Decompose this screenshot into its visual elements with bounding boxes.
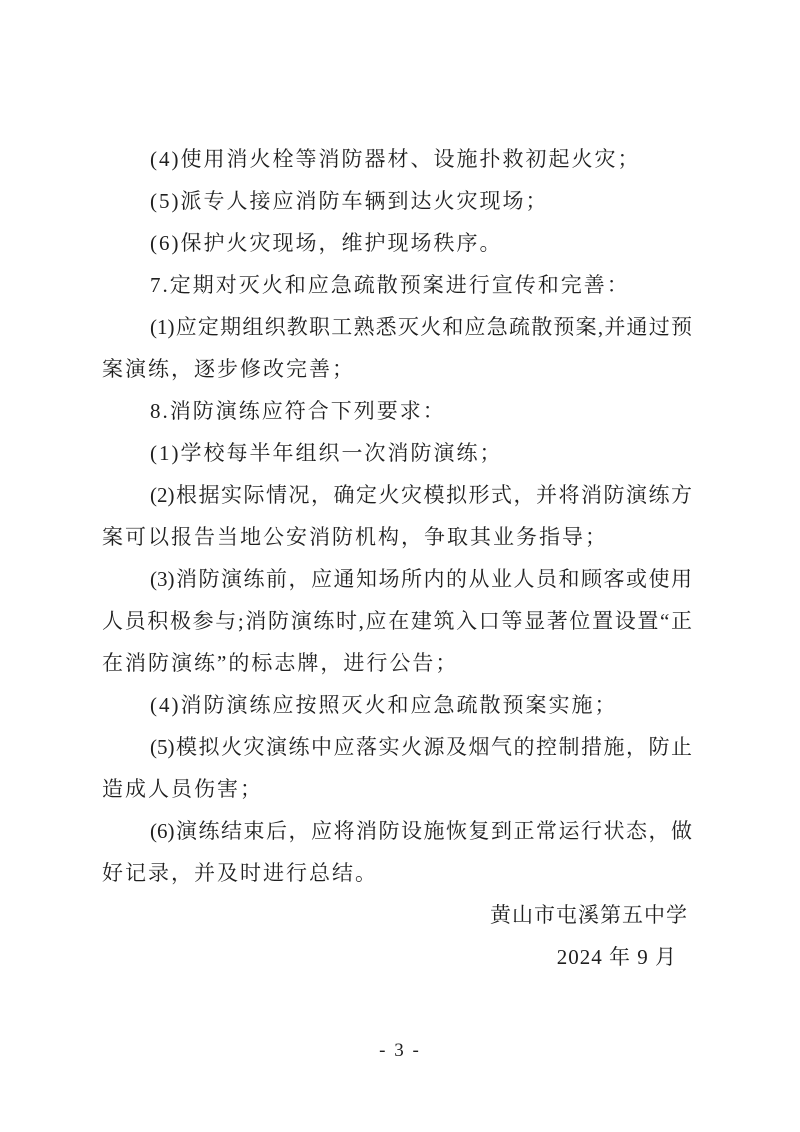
paragraph: (4)使用消火栓等消防器材、设施扑救初起火灾； [102,138,692,180]
paragraph: (3)消防演练前，应通知场所内的从业人员和顾客或使用 人员积极参与;消防演练时,… [102,558,692,684]
text-line: 8.消防演练应符合下列要求： [102,390,692,432]
text-line: 案可以报告当地公安消防机构，争取其业务指导； [102,516,692,558]
paragraph: (6)保护火灾现场，维护现场秩序。 [102,222,692,264]
paragraph: (5)派专人接应消防车辆到达火灾现场； [102,180,692,222]
paragraph: (2)根据实际情况，确定火灾模拟形式，并将消防演练方 案可以报告当地公安消防机构… [102,474,692,558]
text-line: 案演练，逐步修改完善； [102,348,692,390]
text-line: 好记录，并及时进行总结。 [102,852,692,894]
text-line: (1)学校每半年组织一次消防演练； [102,432,692,474]
text-line: (5)派专人接应消防车辆到达火灾现场； [102,180,692,222]
text-line: 7.定期对灭火和应急疏散预案进行宣传和完善： [102,264,692,306]
signature-date: 2024 年 9 月 [102,936,692,978]
text-line: 人员积极参与;消防演练时,应在建筑入口等显著位置设置“正 [102,600,692,642]
text-line: (2)根据实际情况，确定火灾模拟形式，并将消防演练方 [102,474,692,516]
text-line: 造成人员伤害； [102,768,692,810]
paragraph: (4)消防演练应按照灭火和应急疏散预案实施； [102,684,692,726]
text-line: (5)模拟火灾演练中应落实火源及烟气的控制措施，防止 [102,726,692,768]
document-page: (4)使用消火栓等消防器材、设施扑救初起火灾； (5)派专人接应消防车辆到达火灾… [0,0,800,1132]
paragraph: (5)模拟火灾演练中应落实火源及烟气的控制措施，防止 造成人员伤害； [102,726,692,810]
text-line: (1)应定期组织教职工熟悉灭火和应急疏散预案,并通过预 [102,306,692,348]
paragraph: (6)演练结束后，应将消防设施恢复到正常运行状态，做 好记录，并及时进行总结。 [102,810,692,894]
paragraph: (1)学校每半年组织一次消防演练； [102,432,692,474]
text-line: 在消防演练”的标志牌，进行公告； [102,642,692,684]
text-line: (4)使用消火栓等消防器材、设施扑救初起火灾； [102,138,692,180]
signature-organization: 黄山市屯溪第五中学 [102,894,692,936]
signature-block: 黄山市屯溪第五中学 2024 年 9 月 [102,894,692,978]
text-line: (6)保护火灾现场，维护现场秩序。 [102,222,692,264]
paragraph: 8.消防演练应符合下列要求： [102,390,692,432]
text-line: (3)消防演练前，应通知场所内的从业人员和顾客或使用 [102,558,692,600]
paragraph: (1)应定期组织教职工熟悉灭火和应急疏散预案,并通过预 案演练，逐步修改完善； [102,306,692,390]
document-body: (4)使用消火栓等消防器材、设施扑救初起火灾； (5)派专人接应消防车辆到达火灾… [102,138,692,978]
text-line: (6)演练结束后，应将消防设施恢复到正常运行状态，做 [102,810,692,852]
text-line: (4)消防演练应按照灭火和应急疏散预案实施； [102,684,692,726]
paragraph: 7.定期对灭火和应急疏散预案进行宣传和完善： [102,264,692,306]
page-number: - 3 - [0,1038,800,1064]
